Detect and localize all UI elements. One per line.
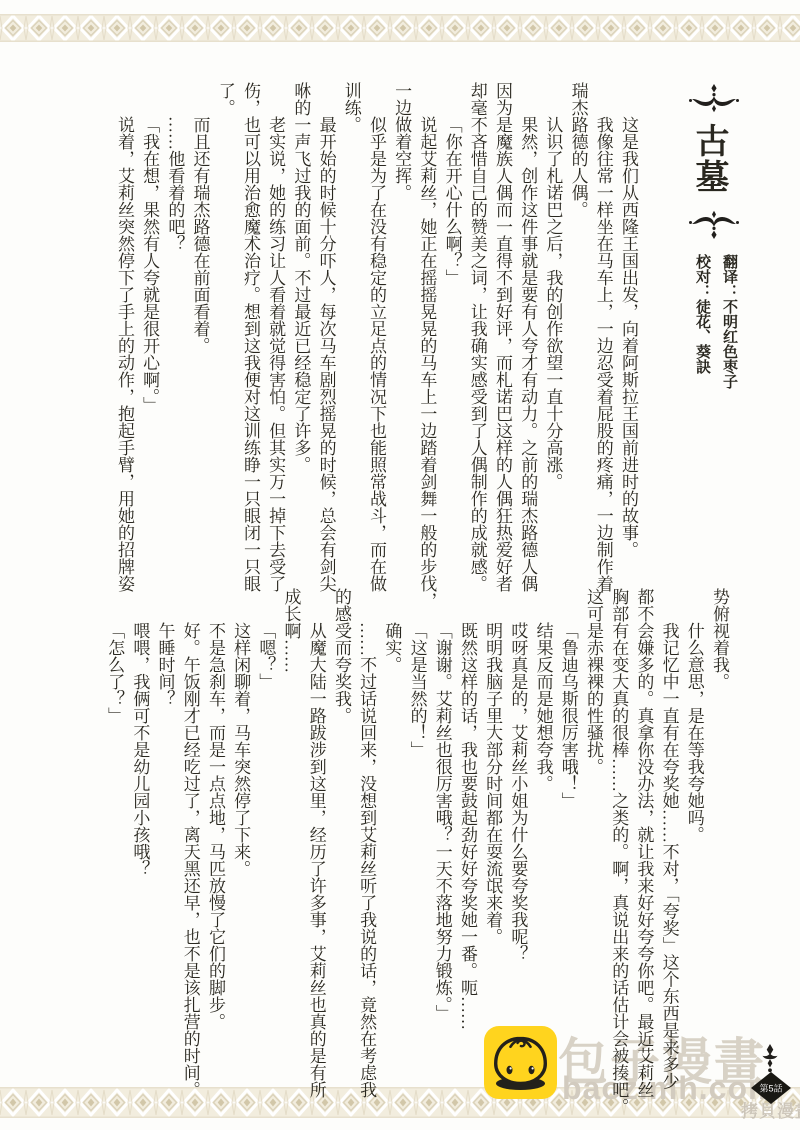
text-line: 好。午饭刚才已经吃过了，离天黑还早，也不是该扎营的时间。: [178, 588, 203, 1100]
text-line: 这样闲聊着，马车突然停了下来。: [228, 588, 253, 1100]
text-line: 都不会嫌多的。真拿你没办法，就让我来好好夸夸你吧。最近艾莉丝: [631, 588, 656, 1100]
text-line: 而且还有瑞杰路德在前面看着。: [187, 82, 212, 587]
text-line: 认识了札诺巴之后，我的创作欲望一直十分高涨。: [540, 82, 565, 587]
text-line: 胸部有在变大真的很棒……之类的。啊，真说出来的话估计会被揍吧。: [606, 588, 631, 1100]
text-line: 说着，艾莉丝突然停下了手上的动作，抱起手臂，用她的招牌姿: [112, 82, 137, 587]
text-line: 「嗯？」: [253, 588, 278, 1100]
text-line: 结果反而是她想夸我。: [530, 588, 555, 1100]
credits-block: 翻译：不明红色枣子 校对：徒花、葵訣: [688, 254, 742, 389]
text-line: 不是急刹车，而是一点点地，马匹放慢了它们的脚步。: [203, 588, 228, 1100]
text-line: 说起艾莉丝，她正在摇摇晃晃的马车上一边踏着剑舞一般的步伐，: [414, 82, 439, 587]
text-line: 午睡时间？: [152, 588, 177, 1100]
novel-page: 古墓 翻译：不明红色枣子 校对：徒花、葵訣 这是我们从西隆王国出发，向着阿斯拉王…: [0, 0, 800, 1130]
text-line: 我记忆中一直有在夸奖她……不对，「夸奖」这个东西是来多少: [656, 588, 681, 1100]
text-line: 的感受而夸奖我。: [329, 588, 354, 1100]
text-line: 喂喂，我俩可不是幼儿园小孩哦？: [127, 588, 152, 1100]
text-line: 成长啊……: [278, 588, 303, 1100]
text-line: 这是我们从西隆王国出发，向着阿斯拉王国前进时的故事。: [616, 82, 641, 587]
text-line: 最开始的时候十分吓人，每次马车剧烈摇晃的时候，总会有剑尖: [313, 82, 338, 587]
flourish-ornament-icon: [687, 84, 741, 121]
text-line: 明明我脑子里大部分时间都在耍流氓来着。: [480, 588, 505, 1100]
text-line: 确实。: [379, 588, 404, 1100]
text-line: ……不过话说回来，没想到艾莉丝听了我说的话，竟然在考虑我: [354, 588, 379, 1100]
chapter-badge: 第5話: [751, 1072, 791, 1109]
chapter-badge-label: 第5話: [759, 1083, 782, 1094]
text-line: 一边做着空挥。: [389, 82, 414, 587]
text-line: 既然这样的话，我也要鼓起劲好好夸奖她一番。呃……: [455, 588, 480, 1100]
text-line: 「我在想，果然有人夸就是很开心啊。」: [137, 82, 162, 587]
text-line: 从魔大陆一路跋涉到这里，经历了许多事，艾莉丝也真的是有所: [304, 588, 329, 1100]
text-line: 势俯视着我。: [707, 588, 732, 1100]
text-line: 「鲁迪乌斯很厉害哦！」: [556, 588, 581, 1100]
text-line: 「你在开心什么啊？」: [439, 82, 464, 587]
text-line: 「这是当然的！」: [404, 588, 429, 1100]
text-line: 老实说，她的练习让人看着就觉得害怕。但其实万一掉下去受了: [263, 82, 288, 587]
text-section-bottom: 势俯视着我。什么意思，是在等我夸她吗。我记忆中一直有在夸奖她……不对，「夸奖」这…: [84, 588, 732, 1100]
text-line: 「怎么了？」: [102, 588, 127, 1100]
text-line: 似乎是为了在没有稳定的立足点的情况下也能照常战斗，而在做: [364, 82, 389, 587]
text-section-top: 这是我们从西隆王国出发，向着阿斯拉王国前进时的故事。我像往常一样坐在马车上，一边…: [85, 82, 641, 587]
text-line: 训练。: [339, 82, 364, 587]
text-line: 这可是赤裸裸的性骚扰。: [581, 588, 606, 1100]
text-line: 咻的一声飞过我的面前。不过最近已经稳定了许多。: [288, 82, 313, 587]
text-line: 哎呀真是的，艾莉丝小姐为什么要夸奖我呢？: [505, 588, 530, 1100]
text-line: ……他看着的吧？: [162, 82, 187, 587]
translator-credit: 翻译：不明红色枣子: [715, 254, 742, 389]
text-line: 却毫不吝惜自己的赞美之词，让我确实感受到了人偶制作的成就感。: [465, 82, 490, 587]
text-line: 什么意思，是在等我夸她吗。: [682, 588, 707, 1100]
text-line: 伤，也可以用治愈魔术治疗。想到这我便对这训练睁一只眼闭一只眼: [238, 82, 263, 587]
text-line: 我像往常一样坐在马车上，一边忍受着屁股的疼痛，一边制作着: [591, 82, 616, 587]
proofreader-credit: 校对：徒花、葵訣: [688, 254, 715, 389]
flourish-ornament-icon: [687, 202, 741, 239]
decorative-border-top: [0, 14, 800, 47]
text-line: 「谢谢。艾莉丝也很厉害哦？一天不落地努力锻炼。」: [430, 588, 455, 1100]
text-line: 瑞杰路德的人偶。: [565, 82, 590, 587]
text-line: 了。: [213, 82, 238, 587]
text-line: 因为是魔族人偶而一直得不到好评，而札诺巴这样的人偶狂热爱好者: [490, 82, 515, 587]
text-line: 果然，创作这件事就是要有人夸才有动力。之前的瑞杰路德人偶: [515, 82, 540, 587]
chapter-title: 古墓: [684, 123, 733, 195]
